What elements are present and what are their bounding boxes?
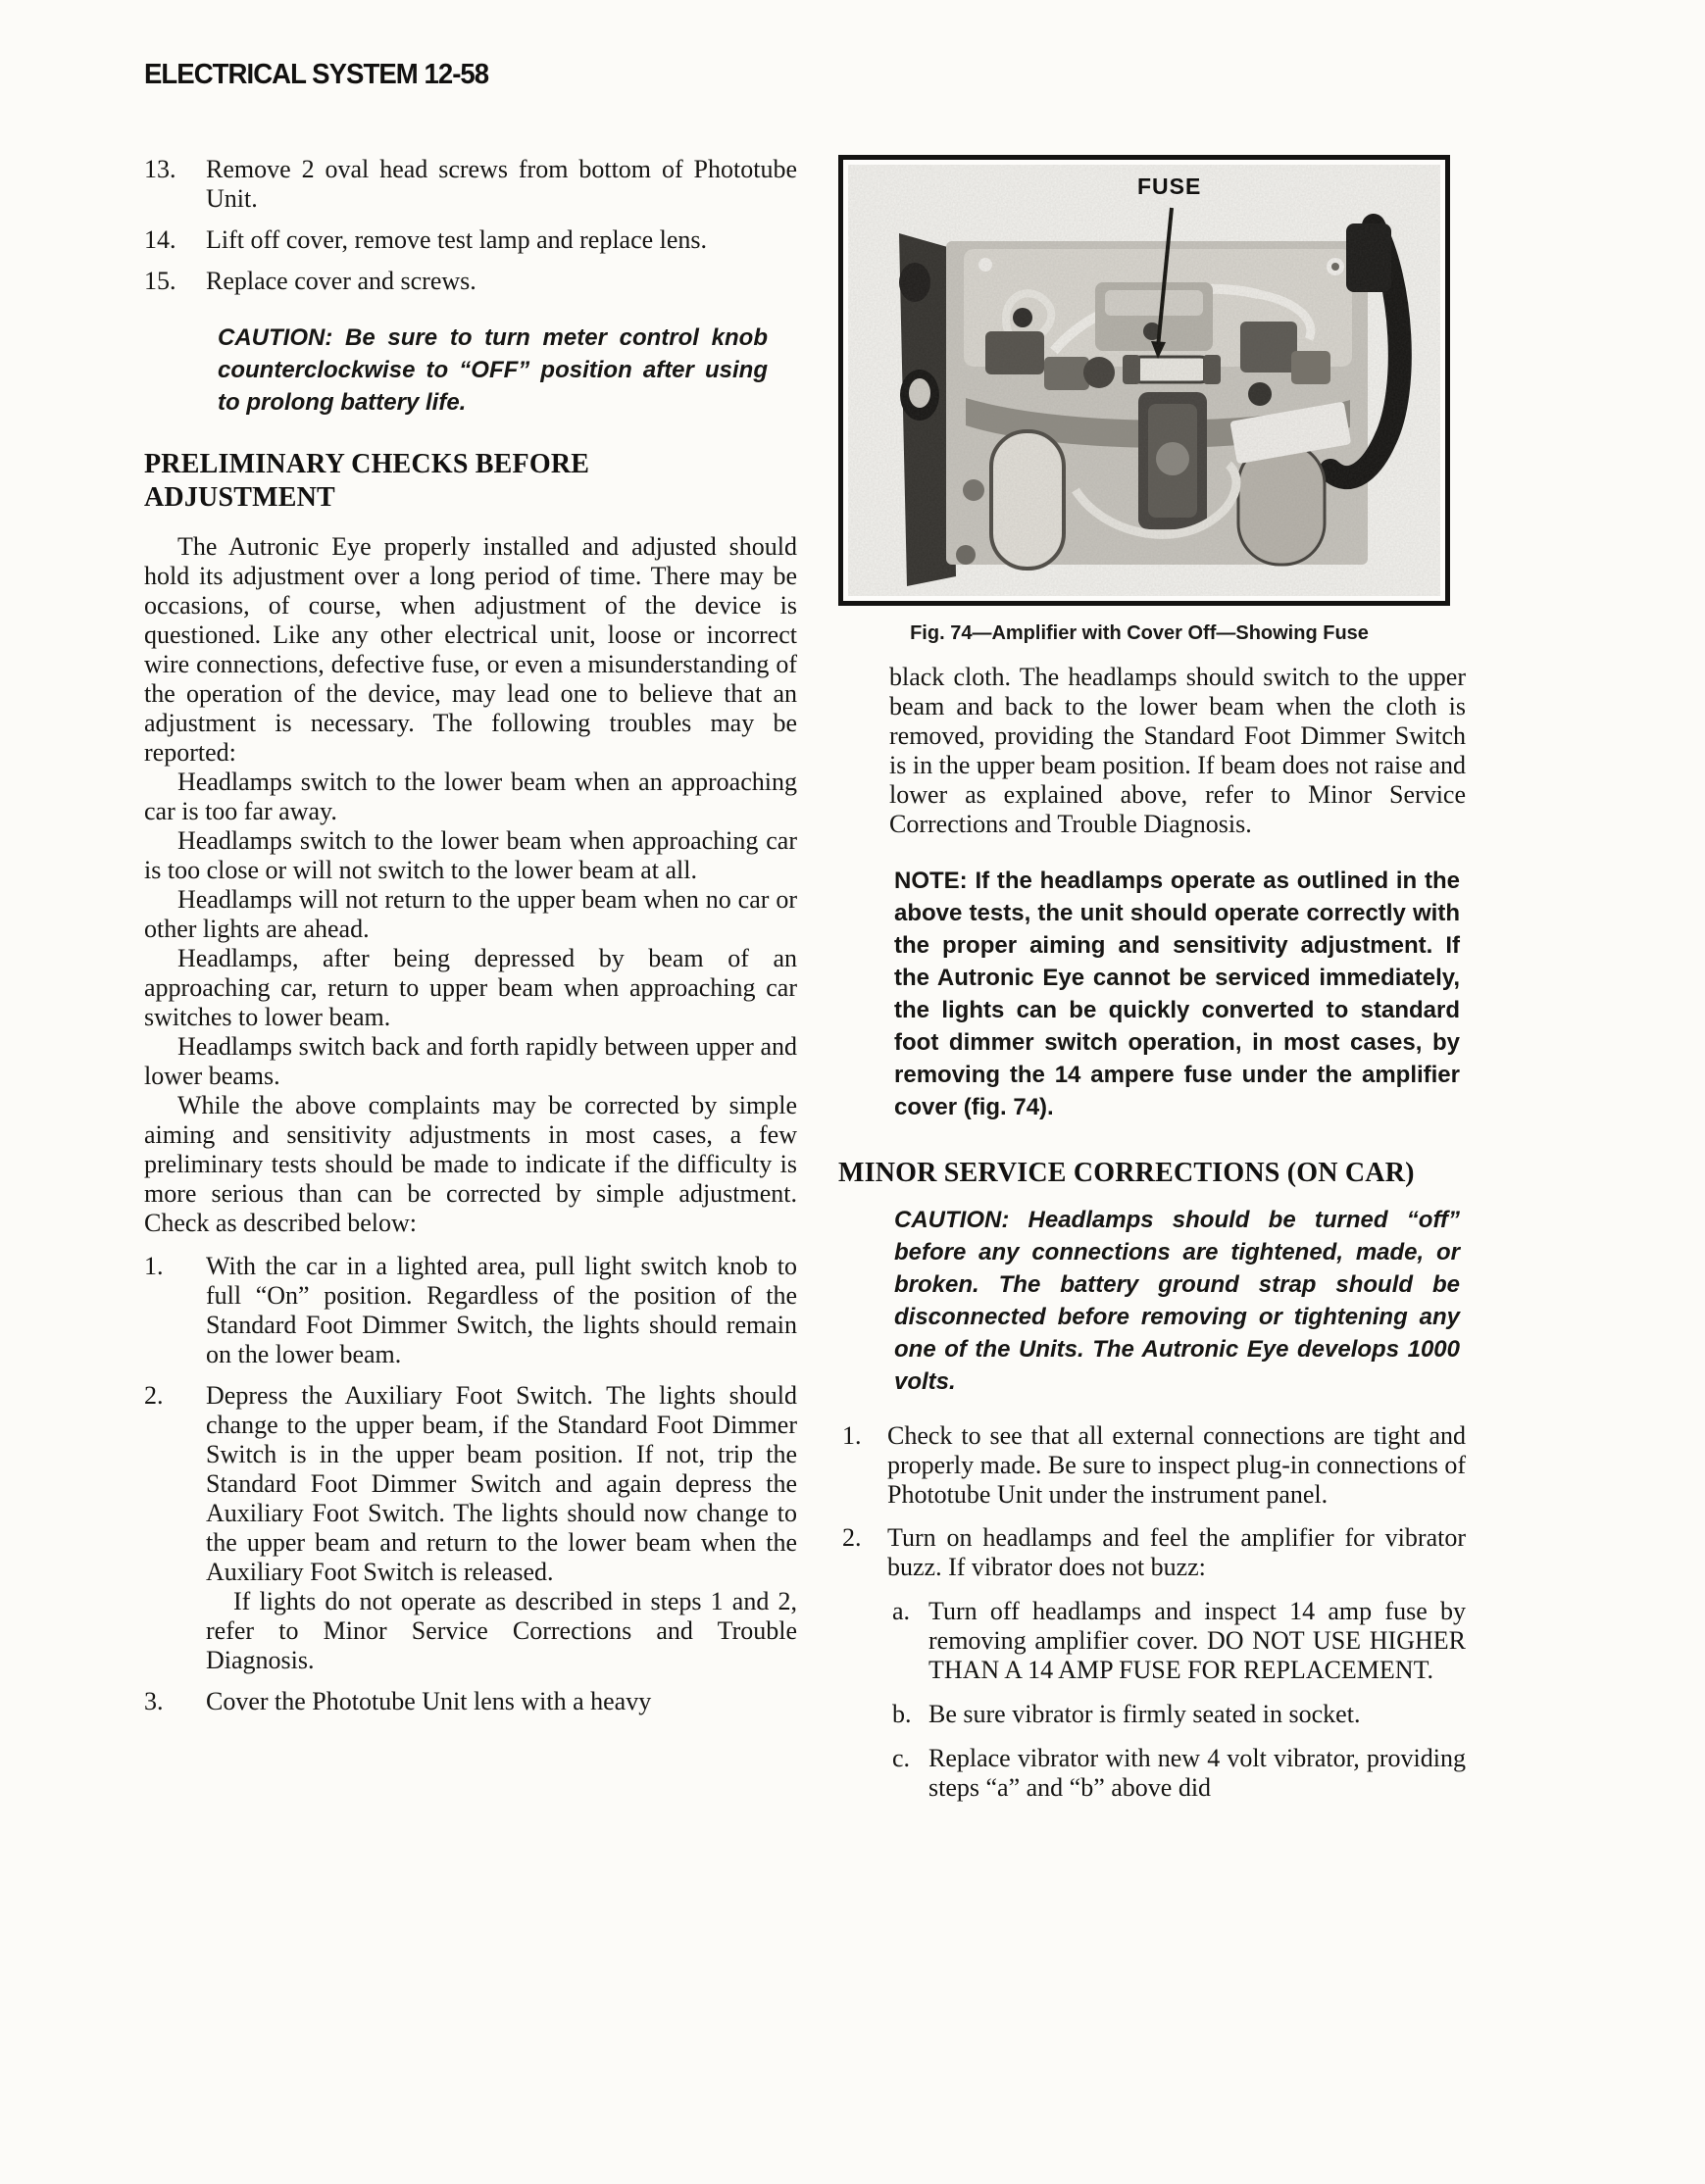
list-number: 14. <box>144 225 176 255</box>
trouble-paragraph: Headlamps, after being depressed by beam… <box>144 944 797 1032</box>
service-substep-c: c. Replace vibrator with new 4 volt vibr… <box>838 1744 1466 1803</box>
manual-page: ELECTRICAL SYSTEM 12-58 13. Remove 2 ova… <box>0 0 1705 2184</box>
list-number: 3. <box>144 1687 164 1716</box>
paragraph: The Autronic Eye properly installed and … <box>144 532 797 768</box>
list-item-13: 13. Remove 2 oval head screws from botto… <box>144 155 797 214</box>
list-item-text: Replace vibrator with new 4 volt vibrato… <box>928 1744 1466 1802</box>
list-item-text: Depress the Auxiliary Foot Switch. The l… <box>206 1381 797 1586</box>
caution-note: CAUTION: Be sure to turn meter control k… <box>218 322 768 419</box>
service-step-2: 2. Turn on headlamps and feel the amplif… <box>838 1523 1466 1582</box>
fuse-callout-label: FUSE <box>1137 172 1201 201</box>
section-heading-minor-service: MINOR SERVICE CORRECTIONS (ON CAR) <box>838 1157 1466 1190</box>
paragraph: While the above complaints may be correc… <box>144 1091 797 1238</box>
list-item-text: Turn off headlamps and inspect 14 amp fu… <box>928 1597 1466 1684</box>
list-item-14: 14. Lift off cover, remove test lamp and… <box>144 225 797 255</box>
list-item-text: Check to see that all external connectio… <box>887 1421 1466 1509</box>
list-item-text: With the car in a lighted area, pull lig… <box>206 1252 797 1368</box>
list-item-text: Replace cover and screws. <box>206 267 476 295</box>
list-number: 13. <box>144 155 176 184</box>
service-substep-b: b. Be sure vibrator is firmly seated in … <box>838 1700 1466 1729</box>
list-number: 1. <box>144 1252 164 1281</box>
page-header: ELECTRICAL SYSTEM 12-58 <box>144 59 488 91</box>
check-item-2: 2. Depress the Auxiliary Foot Switch. Th… <box>144 1381 797 1675</box>
trouble-paragraph: Headlamps will not return to the upper b… <box>144 885 797 944</box>
check-item-3: 3. Cover the Phototube Unit lens with a … <box>144 1687 797 1716</box>
amplifier-photo <box>848 165 1440 596</box>
list-number: 2. <box>144 1381 164 1411</box>
trouble-paragraph: Headlamps switch to the lower beam when … <box>144 768 797 826</box>
list-number: 2. <box>842 1523 862 1553</box>
list-number: 1. <box>842 1421 862 1451</box>
list-item-text: Cover the Phototube Unit lens with a hea… <box>206 1687 651 1715</box>
left-column: 13. Remove 2 oval head screws from botto… <box>144 155 797 1716</box>
right-column: FUSE <box>838 155 1466 1803</box>
figure-caption: Fig. 74—Amplifier with Cover Off—Showing… <box>838 621 1440 645</box>
trouble-paragraph: Headlamps switch back and forth rapidly … <box>144 1032 797 1091</box>
list-item-text: Remove 2 oval head screws from bottom of… <box>206 155 797 213</box>
trouble-paragraph: Headlamps switch to the lower beam when … <box>144 826 797 885</box>
check-item-2-note: If lights do not operate as described in… <box>206 1587 797 1675</box>
check-item-1: 1. With the car in a lighted area, pull … <box>144 1252 797 1369</box>
list-item-text: Be sure vibrator is firmly seated in soc… <box>928 1700 1360 1728</box>
list-item-text: Lift off cover, remove test lamp and rep… <box>206 225 707 254</box>
paragraph: black cloth. The headlamps should switch… <box>889 663 1466 839</box>
service-substep-a: a. Turn off headlamps and inspect 14 amp… <box>838 1597 1466 1685</box>
list-number: b. <box>892 1700 912 1729</box>
list-item-text: Turn on headlamps and feel the amplifier… <box>887 1523 1466 1581</box>
list-number: 15. <box>144 267 176 296</box>
caution-note-right: CAUTION: Headlamps should be turned “off… <box>894 1204 1460 1398</box>
section-heading-preliminary-checks: PRELIMINARY CHECKS BEFORE ADJUSTMENT <box>144 448 634 515</box>
list-number: c. <box>892 1744 910 1773</box>
service-step-1: 1. Check to see that all external connec… <box>838 1421 1466 1510</box>
note-block: NOTE: If the headlamps operate as outlin… <box>894 865 1460 1123</box>
list-number: a. <box>892 1597 910 1626</box>
figure-74: FUSE <box>838 155 1450 606</box>
list-item-15: 15. Replace cover and screws. <box>144 267 797 296</box>
